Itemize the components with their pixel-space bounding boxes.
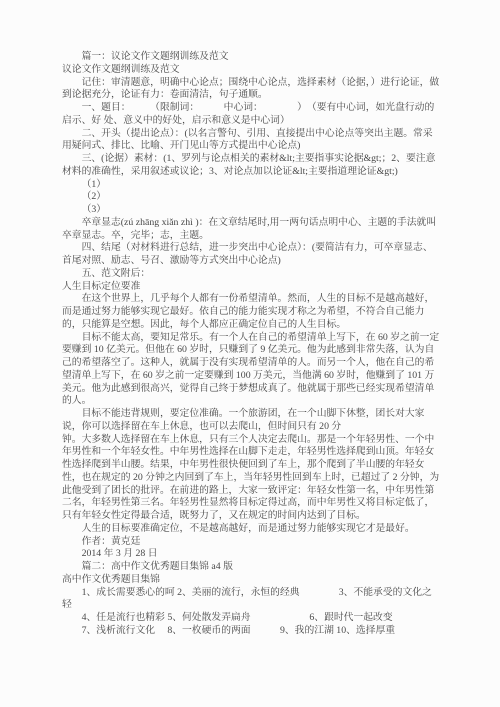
doc-title: 议论文作文题纲训练及范文 (62, 64, 441, 77)
title-list-row-3: 7、浅析流行文化 8、一枚硬币的两面 9、我的江湖 10、选择厚重 (62, 625, 441, 638)
date-line: 2014 年 3 月 28 日 (62, 548, 441, 561)
collection-title: 高中作文优秀题目集锦 (62, 574, 441, 587)
essay-paragraph-3: 目标不能违背规则，要定位准确。一个旅游团，在一个山脚下休整，团长对大家说，你可以… (62, 408, 441, 434)
essay-title: 人生目标定位要准 (62, 281, 441, 294)
outline-topic-line: 一、题目： （限制词： 中心词： ） （要有中心词，如光盘行动的启示、好 处、意… (62, 102, 441, 128)
document-page: 篇一：议论文作文题纲训练及范文 议论文作文题纲训练及范文 记住：审清题意，明确中… (0, 0, 500, 707)
blank-item-1: （1） (62, 179, 441, 192)
title-list-row-1: 1、成长需要悉心的呵 2、美丽的流行，永恒的经典 3、不能承受的文化之轻 (62, 587, 441, 613)
outline-opening-line: 二、开头（提出论点）：(以名言警句、引用、直接提出中心论点等突出主题。常采用疑问… (62, 128, 441, 154)
document-content: 篇一：议论文作文题纲训练及范文 议论文作文题纲训练及范文 记住：审清题意，明确中… (62, 51, 441, 638)
term-explanation: 卒章显志(zú zhāng xiǎn zhì )：在文章结尾时,用一两句话点明中… (62, 217, 441, 243)
outline-sample-line: 五、范文附后： (62, 268, 441, 281)
blank-item-2: （2） (62, 191, 441, 204)
essay-paragraph-4: 钟。大多数人选择留在车上休息，只有三个人决定去爬山。那是一个年轻男性、一个中年男… (62, 434, 441, 523)
outline-ending-line: 四、结尾（对材料进行总结，进一步突出中心论点）：(要简洁有力，可卒章显志、首尾对… (62, 242, 441, 268)
essay-conclusion: 人生的目标要准确定位，不是越高越好，而是通过努力能够实现它才是最好。 (62, 523, 441, 536)
note-paragraph: 记住：审清题意，明确中心论点；围绕中心论点，选择素材（论据，）进行论证，做到论据… (62, 77, 441, 103)
blank-item-3: （3） (62, 204, 441, 217)
author-line: 作者：黄克廷 (62, 536, 441, 549)
part1-heading: 篇一：议论文作文题纲训练及范文 (62, 51, 441, 64)
essay-paragraph-2: 目标不能太高，要知足常乐。有一个人在自己的希望清单上写下，在 60 岁之前一定要… (62, 332, 441, 409)
outline-material-line: 三、(论据）素材：(1、罗列与论点相关的素材&lt;主要指事实论据&gt;；2、… (62, 153, 441, 179)
part2-heading: 篇二：高中作文优秀题目集锦 a4 版 (62, 561, 441, 574)
title-list-row-2: 4、任是流行也精彩 5、何处散发弄扁舟 6、跟时代一起改变 (62, 612, 441, 625)
essay-paragraph-1: 在这个世界上，几乎每个人都有一份希望清单。然而，人生的目标不是越高越好，而是通过… (62, 293, 441, 331)
